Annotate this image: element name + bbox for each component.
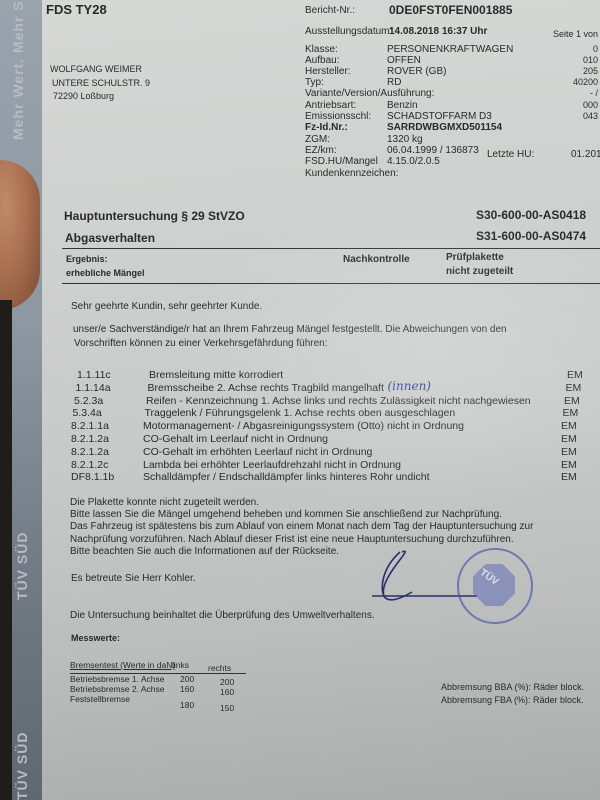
defect-description: Bremsscheibe 2. Achse rechts Tragbild ma… bbox=[148, 382, 384, 394]
inspector-line: Es betreute Sie Herr Kohler. bbox=[71, 573, 196, 584]
vehicle-field-label: Typ: bbox=[305, 77, 324, 88]
defect-code: DF8.1.1b bbox=[71, 471, 114, 483]
defect-description: Bremsleitung mitte korrodiert bbox=[149, 369, 283, 381]
vehicle-field-value: SCHADSTOFFARM D3 bbox=[387, 111, 492, 122]
stripe-slogan: Mehr Wert. Mehr Sicherheit. bbox=[10, 0, 26, 140]
defect-severity: EM bbox=[561, 471, 577, 483]
inspection-report-page: Mehr Wert. Mehr Sicherheit. TÜV SÜD TÜV … bbox=[0, 0, 600, 800]
result-label: Ergebnis: bbox=[66, 254, 108, 264]
inspection-subtitle: Abgasverhalten bbox=[65, 231, 155, 245]
vehicle-field-label: Aufbau: bbox=[305, 55, 339, 66]
defect-code: 5.2.3a bbox=[74, 395, 103, 407]
vehicle-field-value: Benzin bbox=[387, 100, 418, 111]
vehicle-field-value: RD bbox=[387, 77, 401, 88]
last-hu-label: Letzte HU: bbox=[487, 149, 534, 160]
report-number: 0DE0FST0FEN001885 bbox=[389, 3, 512, 17]
vehicle-field-value: 4.15.0/2.0.5 bbox=[387, 156, 440, 167]
brake-row-left: 160 bbox=[180, 684, 194, 694]
brake-row-label: Betriebsbremse 2. Achse bbox=[70, 684, 165, 694]
badge-label: Prüfplakette bbox=[446, 252, 504, 263]
vehicle-field-label: EZ/km: bbox=[305, 145, 337, 156]
vehicle-field-value: ROVER (GB) bbox=[387, 66, 446, 77]
environment-line: Die Untersuchung beinhaltet die Überprüf… bbox=[70, 610, 375, 621]
brake-row-right: 160 bbox=[220, 687, 234, 697]
report-label: Bericht-Nr.: bbox=[305, 5, 355, 16]
issue-value: 14.08.2018 16:37 Uhr bbox=[389, 26, 487, 37]
divider bbox=[62, 248, 600, 249]
vehicle-field-label: Kundenkennzeichen: bbox=[305, 168, 398, 179]
vehicle-field-label: Hersteller: bbox=[305, 66, 351, 77]
vehicle-field-label: ZGM: bbox=[305, 134, 330, 145]
vehicle-field-code: 010 bbox=[583, 55, 598, 65]
defect-description: Reifen - Kennzeichnung 1. Achse links un… bbox=[146, 395, 531, 407]
brake-row-left: 180 bbox=[180, 700, 194, 710]
intro-line-2: Vorschriften können zu einer Verkehrsgef… bbox=[74, 338, 328, 349]
defect-severity: EM bbox=[561, 446, 577, 458]
brake-row-label: Betriebsbremse 1. Achse bbox=[70, 674, 165, 684]
defect-code: 5.3.4a bbox=[73, 407, 102, 419]
defect-code: 8.2.1.2c bbox=[71, 459, 108, 471]
defect-description: Lambda bei erhöhter Leerlaufdrehzahl nic… bbox=[143, 459, 401, 471]
defect-description: Motormanagement- / Abgasreinigungssystem… bbox=[143, 420, 464, 432]
vehicle-field-value: OFFEN bbox=[387, 55, 421, 66]
stripe-brand-2: TÜV SÜD bbox=[14, 732, 30, 800]
defect-description: Traggelenk / Führungsgelenk 1. Achse rec… bbox=[145, 407, 456, 419]
last-hu-value: 01.2016 bbox=[571, 149, 600, 160]
recipient-name: WOLFGANG WEIMER bbox=[50, 64, 142, 74]
defect-severity: EM bbox=[564, 395, 580, 407]
divider bbox=[62, 283, 600, 284]
badge-value: nicht zugeteilt bbox=[446, 266, 513, 277]
vehicle-field-code: 043 bbox=[583, 111, 598, 121]
hand-shadow bbox=[0, 300, 12, 800]
measurements-title: Messwerte: bbox=[71, 633, 120, 643]
vehicle-field-code: 205 bbox=[583, 66, 598, 76]
brake-row-right: 150 bbox=[220, 703, 234, 713]
defect-code: 8.2.1.2a bbox=[71, 433, 109, 445]
notice-line: Nachprüfung vorzuführen. Nach Ablauf die… bbox=[70, 534, 514, 545]
defect-code: 8.2.1.2a bbox=[71, 446, 109, 458]
recipient-city: 72290 Loßburg bbox=[53, 91, 114, 101]
vehicle-field-value: 06.04.1999 / 136873 bbox=[387, 145, 479, 156]
notice-line: Die Plakette konnte nicht zugeteilt werd… bbox=[70, 497, 259, 508]
vehicle-field-label: Klasse: bbox=[305, 44, 338, 55]
vehicle-field-value: 1320 kg bbox=[387, 134, 423, 145]
intro-line-1: unser/e Sachverständige/r hat an Ihrem F… bbox=[73, 324, 507, 335]
vehicle-field-value: PERSONENKRAFTWAGEN bbox=[387, 44, 513, 55]
brake-row-left: 200 bbox=[180, 674, 194, 684]
vehicle-field-label: Emissionsschl: bbox=[305, 111, 371, 122]
col-left-header: links bbox=[172, 660, 189, 670]
defect-description: CO-Gehalt im Leerlauf nicht in Ordnung bbox=[143, 433, 328, 445]
vehicle-field-value: SARRDWBGMXD501154 bbox=[387, 122, 502, 133]
defect-severity: EM bbox=[561, 433, 577, 445]
brake-row-label: Feststellbremse bbox=[70, 694, 130, 704]
vehicle-field-label: Variante/Version/Ausführung: bbox=[305, 88, 434, 99]
defect-severity: EM bbox=[561, 459, 577, 471]
defect-description: Schalldämpfer / Endschalldämpfer links h… bbox=[143, 471, 430, 483]
handwritten-note: (innen) bbox=[388, 379, 432, 393]
defect-code: 8.2.1.1a bbox=[71, 420, 109, 432]
col-right-header: rechts bbox=[208, 663, 231, 673]
inspection-title-code: S30-600-00-AS0418 bbox=[476, 208, 586, 222]
notice-line: Bitte beachten Sie auch die Informatione… bbox=[70, 546, 339, 557]
vehicle-field-code: 0 bbox=[593, 44, 598, 54]
vehicle-field-code: 40200 bbox=[573, 77, 598, 87]
result-value: erhebliche Mängel bbox=[66, 268, 145, 278]
defect-severity: EM bbox=[563, 407, 579, 419]
stripe-brand: TÜV SÜD bbox=[14, 532, 30, 600]
bba-line: Abbremsung BBA (%): Räder block. bbox=[441, 682, 584, 692]
page-indicator: Seite 1 von bbox=[553, 29, 598, 39]
inspection-subtitle-code: S31-600-00-AS0474 bbox=[476, 229, 586, 243]
vehicle-field-label: Antriebsart: bbox=[305, 100, 356, 111]
vehicle-field-code: - / bbox=[590, 88, 598, 98]
vehicle-field-label: FSD.HU/Mangel bbox=[305, 156, 378, 167]
defect-severity: EM bbox=[567, 369, 583, 381]
defect-code: 1.1.11c bbox=[77, 369, 111, 381]
followup-label: Nachkontrolle bbox=[343, 254, 410, 265]
fba-line: Abbremsung FBA (%): Räder block. bbox=[441, 695, 584, 705]
thumb bbox=[0, 160, 40, 310]
vehicle-field-code: 000 bbox=[583, 100, 598, 110]
defect-severity: EM bbox=[561, 420, 577, 432]
salutation: Sehr geehrte Kundin, sehr geehrter Kunde… bbox=[71, 301, 262, 312]
brake-row-right: 200 bbox=[220, 677, 234, 687]
defect-severity: EM bbox=[566, 382, 582, 394]
vehicle-field-label: Fz-Id.Nr.: bbox=[305, 122, 348, 133]
tuv-stamp: TÜV bbox=[457, 548, 533, 624]
issue-label: Ausstellungsdatum: bbox=[305, 26, 392, 37]
notice-line: Das Fahrzeug ist spätestens bis zum Abla… bbox=[70, 521, 533, 532]
inspection-title: Hauptuntersuchung § 29 StVZO bbox=[64, 209, 245, 223]
notice-line: Bitte lassen Sie die Mängel umgehend beh… bbox=[70, 509, 502, 520]
defect-code: 1.1.14a bbox=[76, 382, 111, 394]
recipient-street: UNTERE SCHULSTR. 9 bbox=[52, 78, 150, 88]
brake-table-header: Bremsentest (Werte in daN) bbox=[70, 660, 175, 670]
form-code: FDS TY28 bbox=[46, 2, 107, 17]
defect-description: CO-Gehalt im erhöhten Leerlauf nicht in … bbox=[143, 446, 372, 458]
